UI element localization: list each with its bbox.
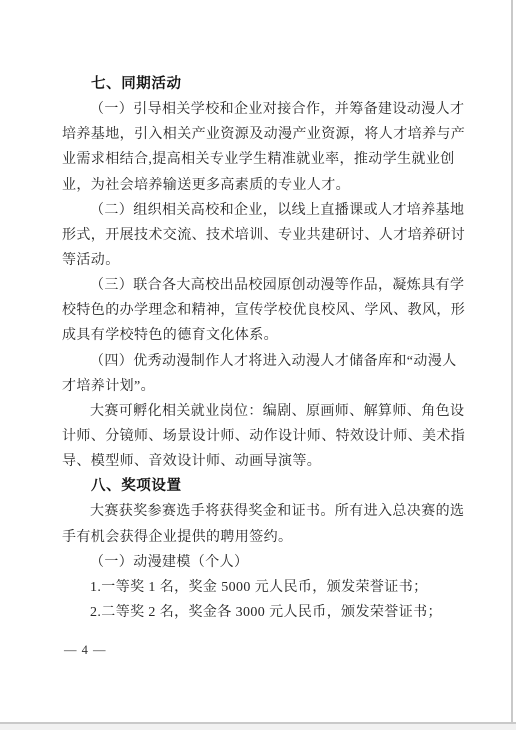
text-line: 2.二等奖 2 名，奖金各 3000 元人民币，颁发荣誉证书； [62,600,456,625]
text-line: 业，为社会培养输送更多高素质的专业人才。 [62,173,456,198]
section-heading-8: 八、奖项设置 [62,474,456,499]
text-line: 培养基地，引入相关产业资源及动漫产业资源，将人才培养与产 [62,122,456,147]
text-line: 业需求相结合,提高相关专业学生精准就业率，推动学生就业创 [62,147,456,172]
text-line: （四）优秀动漫制作人才将进入动漫人才储备库和“动漫人 [62,349,456,374]
text-line: （一）动漫建模（个人） [62,550,456,575]
section-heading-7: 七、同期活动 [62,72,456,97]
page-content: 七、同期活动 （一）引导相关学校和企业对接合作，并筹备建设动漫人才 培养基地，引… [62,72,456,625]
text-line: 1.一等奖 1 名，奖金 5000 元人民币，颁发荣誉证书； [62,575,456,600]
text-line: （三）联合各大高校出品校园原创动漫等作品，凝炼具有学 [62,273,456,298]
text-line: （一）引导相关学校和企业对接合作，并筹备建设动漫人才 [62,97,456,122]
page-gap [0,724,516,730]
text-line: 校特色的办学理念和精神，宣传学校优良校风、学风、教风，形 [62,298,456,323]
text-line: 形式，开展技术交流、技术培训、专业共建研讨、人才培养研讨 [62,223,456,248]
text-line: 才培养计划”。 [62,374,456,399]
text-line: （二）组织相关高校和企业，以线上直播课或人才培养基地 [62,198,456,223]
text-line: 大赛获奖参赛选手将获得奖金和证书。所有进入总决赛的选 [62,499,456,524]
text-line: 计师、分镜师、场景设计师、动作设计师、特效设计师、美术指 [62,424,456,449]
text-line: 成具有学校特色的德育文化体系。 [62,323,456,348]
document-page: 七、同期活动 （一）引导相关学校和企业对接合作，并筹备建设动漫人才 培养基地，引… [0,0,511,722]
page-right-edge [511,0,513,723]
document-viewer: 七、同期活动 （一）引导相关学校和企业对接合作，并筹备建设动漫人才 培养基地，引… [0,0,516,730]
text-line: 导、模型师、音效设计师、动画导演等。 [62,449,456,474]
page-number: — 4 — [64,642,107,658]
text-line: 等活动。 [62,248,456,273]
text-line: 大赛可孵化相关就业岗位：编剧、原画师、解算师、角色设 [62,399,456,424]
text-line: 手有机会获得企业提供的聘用签约。 [62,525,456,550]
